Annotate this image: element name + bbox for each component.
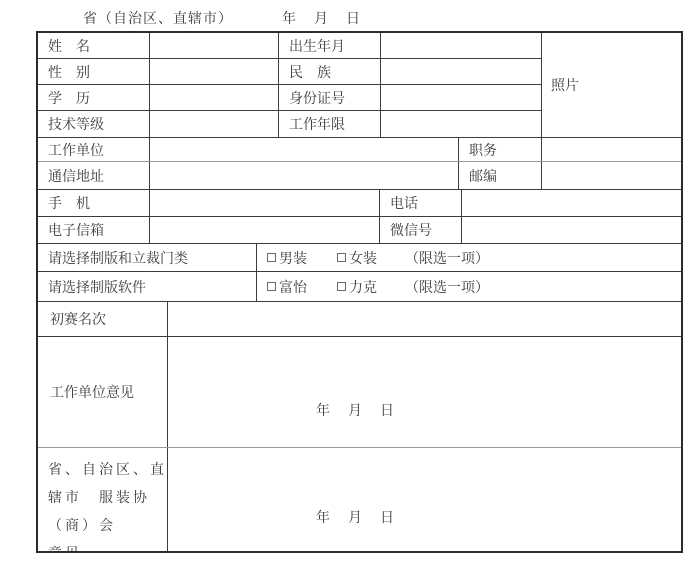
category-choice-options: 男装 女装 （限选一项） <box>257 244 681 271</box>
birthdate-label: 出生年月 <box>279 33 381 58</box>
prelim-rank-label: 初赛名次 <box>38 302 168 336</box>
application-form-page: 省（自治区、直辖市） 年 月 日 姓 名 出生年月 性 别 民 族 <box>0 0 690 572</box>
email-value-cell[interactable] <box>150 217 380 243</box>
personal-info-section: 姓 名 出生年月 性 别 民 族 学 历 身份证号 <box>38 33 681 138</box>
assoc-label-line-2: 辖市 服装协 <box>48 484 159 512</box>
form-header: 省（自治区、直辖市） 年 月 日 <box>0 8 690 30</box>
table-row-unit-opinion: 工作单位意见 年 月 日 <box>38 337 681 448</box>
skill-level-value-cell[interactable] <box>150 111 279 137</box>
unit-opinion-label: 工作单位意见 <box>38 337 168 447</box>
limit-one-note: （限选一项） <box>405 277 489 297</box>
gender-label: 性 别 <box>38 59 150 84</box>
gender-value-cell[interactable] <box>150 59 279 84</box>
table-row-skill-years: 技术等级 工作年限 <box>38 111 541 137</box>
personal-info-grid: 姓 名 出生年月 性 别 民 族 学 历 身份证号 <box>38 33 541 137</box>
table-row-prelim-rank: 初赛名次 <box>38 302 681 337</box>
table-row-mobile: 手 机 电话 <box>38 190 681 217</box>
assoc-opinion-date-line: 年 月 日 <box>316 507 396 527</box>
name-value-cell[interactable] <box>150 33 279 58</box>
work-years-label: 工作年限 <box>279 111 381 137</box>
limit-one-note: （限选一项） <box>405 248 489 268</box>
id-number-value-cell[interactable] <box>381 85 541 110</box>
table-row-education-id: 学 历 身份证号 <box>38 85 541 111</box>
education-label: 学 历 <box>38 85 150 110</box>
id-number-label: 身份证号 <box>279 85 381 110</box>
option-label-lectra: 力克 <box>349 277 377 297</box>
province-blank-line: 省（自治区、直辖市） <box>83 8 233 28</box>
table-row-gender-ethnic: 性 别 民 族 <box>38 59 541 85</box>
option-label-womenswear: 女装 <box>349 248 377 268</box>
option-label-menswear: 男装 <box>279 248 307 268</box>
table-row-name-birth: 姓 名 出生年月 <box>38 33 541 59</box>
option-label-fuyi: 富怡 <box>279 277 307 297</box>
prelim-rank-value-cell[interactable] <box>168 302 681 336</box>
mobile-value-cell[interactable] <box>150 190 380 216</box>
table-row-category-choice: 请选择制版和立裁门类 男装 女装 （限选一项） <box>38 244 681 272</box>
ethnicity-value-cell[interactable] <box>381 59 541 84</box>
job-title-value-cell[interactable] <box>542 138 681 161</box>
software-choice-label: 请选择制版软件 <box>38 272 257 301</box>
address-label: 通信地址 <box>38 162 150 189</box>
telephone-value-cell[interactable] <box>462 190 681 216</box>
postcode-value-cell[interactable] <box>542 162 681 189</box>
software-choice-options: 富怡 力克 （限选一项） <box>257 272 681 301</box>
checkbox-icon <box>267 282 276 291</box>
job-title-label: 职务 <box>459 138 542 161</box>
education-value-cell[interactable] <box>150 85 279 110</box>
address-value-cell[interactable] <box>150 162 459 189</box>
assoc-opinion-area[interactable]: 年 月 日 <box>168 448 681 551</box>
checkbox-option-menswear[interactable]: 男装 <box>267 248 307 268</box>
skill-level-label: 技术等级 <box>38 111 150 137</box>
name-label: 姓 名 <box>38 33 150 58</box>
assoc-label-line-1: 省、自治区、直 <box>48 456 159 484</box>
work-unit-label: 工作单位 <box>38 138 150 161</box>
work-unit-value-cell[interactable] <box>150 138 459 161</box>
wechat-value-cell[interactable] <box>462 217 681 243</box>
unit-opinion-date-line: 年 月 日 <box>316 400 396 420</box>
header-date-line: 年 月 日 <box>282 8 362 28</box>
work-years-value-cell[interactable] <box>381 111 541 137</box>
assoc-label-line-3: （商）会 <box>48 512 159 540</box>
checkbox-option-lectra[interactable]: 力克 <box>337 277 377 297</box>
photo-placeholder-cell[interactable]: 照片 <box>541 33 681 137</box>
assoc-label-line-4: 意见 <box>48 540 159 551</box>
table-row-software-choice: 请选择制版软件 富怡 力克 （限选一项） <box>38 272 681 302</box>
wechat-label: 微信号 <box>380 217 462 243</box>
assoc-opinion-label: 省、自治区、直 辖市 服装协 （商）会 意见 <box>38 448 168 551</box>
birthdate-value-cell[interactable] <box>381 33 541 58</box>
form-table: 姓 名 出生年月 性 别 民 族 学 历 身份证号 <box>36 31 683 553</box>
mobile-label: 手 机 <box>38 190 150 216</box>
email-label: 电子信箱 <box>38 217 150 243</box>
table-row-email: 电子信箱 微信号 <box>38 217 681 244</box>
category-choice-label: 请选择制版和立裁门类 <box>38 244 257 271</box>
telephone-label: 电话 <box>380 190 462 216</box>
checkbox-icon <box>337 253 346 262</box>
postcode-label: 邮编 <box>459 162 542 189</box>
checkbox-option-fuyi[interactable]: 富怡 <box>267 277 307 297</box>
photo-label: 照片 <box>551 75 579 95</box>
unit-opinion-area[interactable]: 年 月 日 <box>168 337 681 447</box>
table-row-address: 通信地址 邮编 <box>38 162 681 190</box>
checkbox-icon <box>267 253 276 262</box>
checkbox-option-womenswear[interactable]: 女装 <box>337 248 377 268</box>
table-row-work-unit: 工作单位 职务 <box>38 138 681 162</box>
checkbox-icon <box>337 282 346 291</box>
ethnicity-label: 民 族 <box>279 59 381 84</box>
table-row-assoc-opinion: 省、自治区、直 辖市 服装协 （商）会 意见 年 月 日 <box>38 448 681 551</box>
